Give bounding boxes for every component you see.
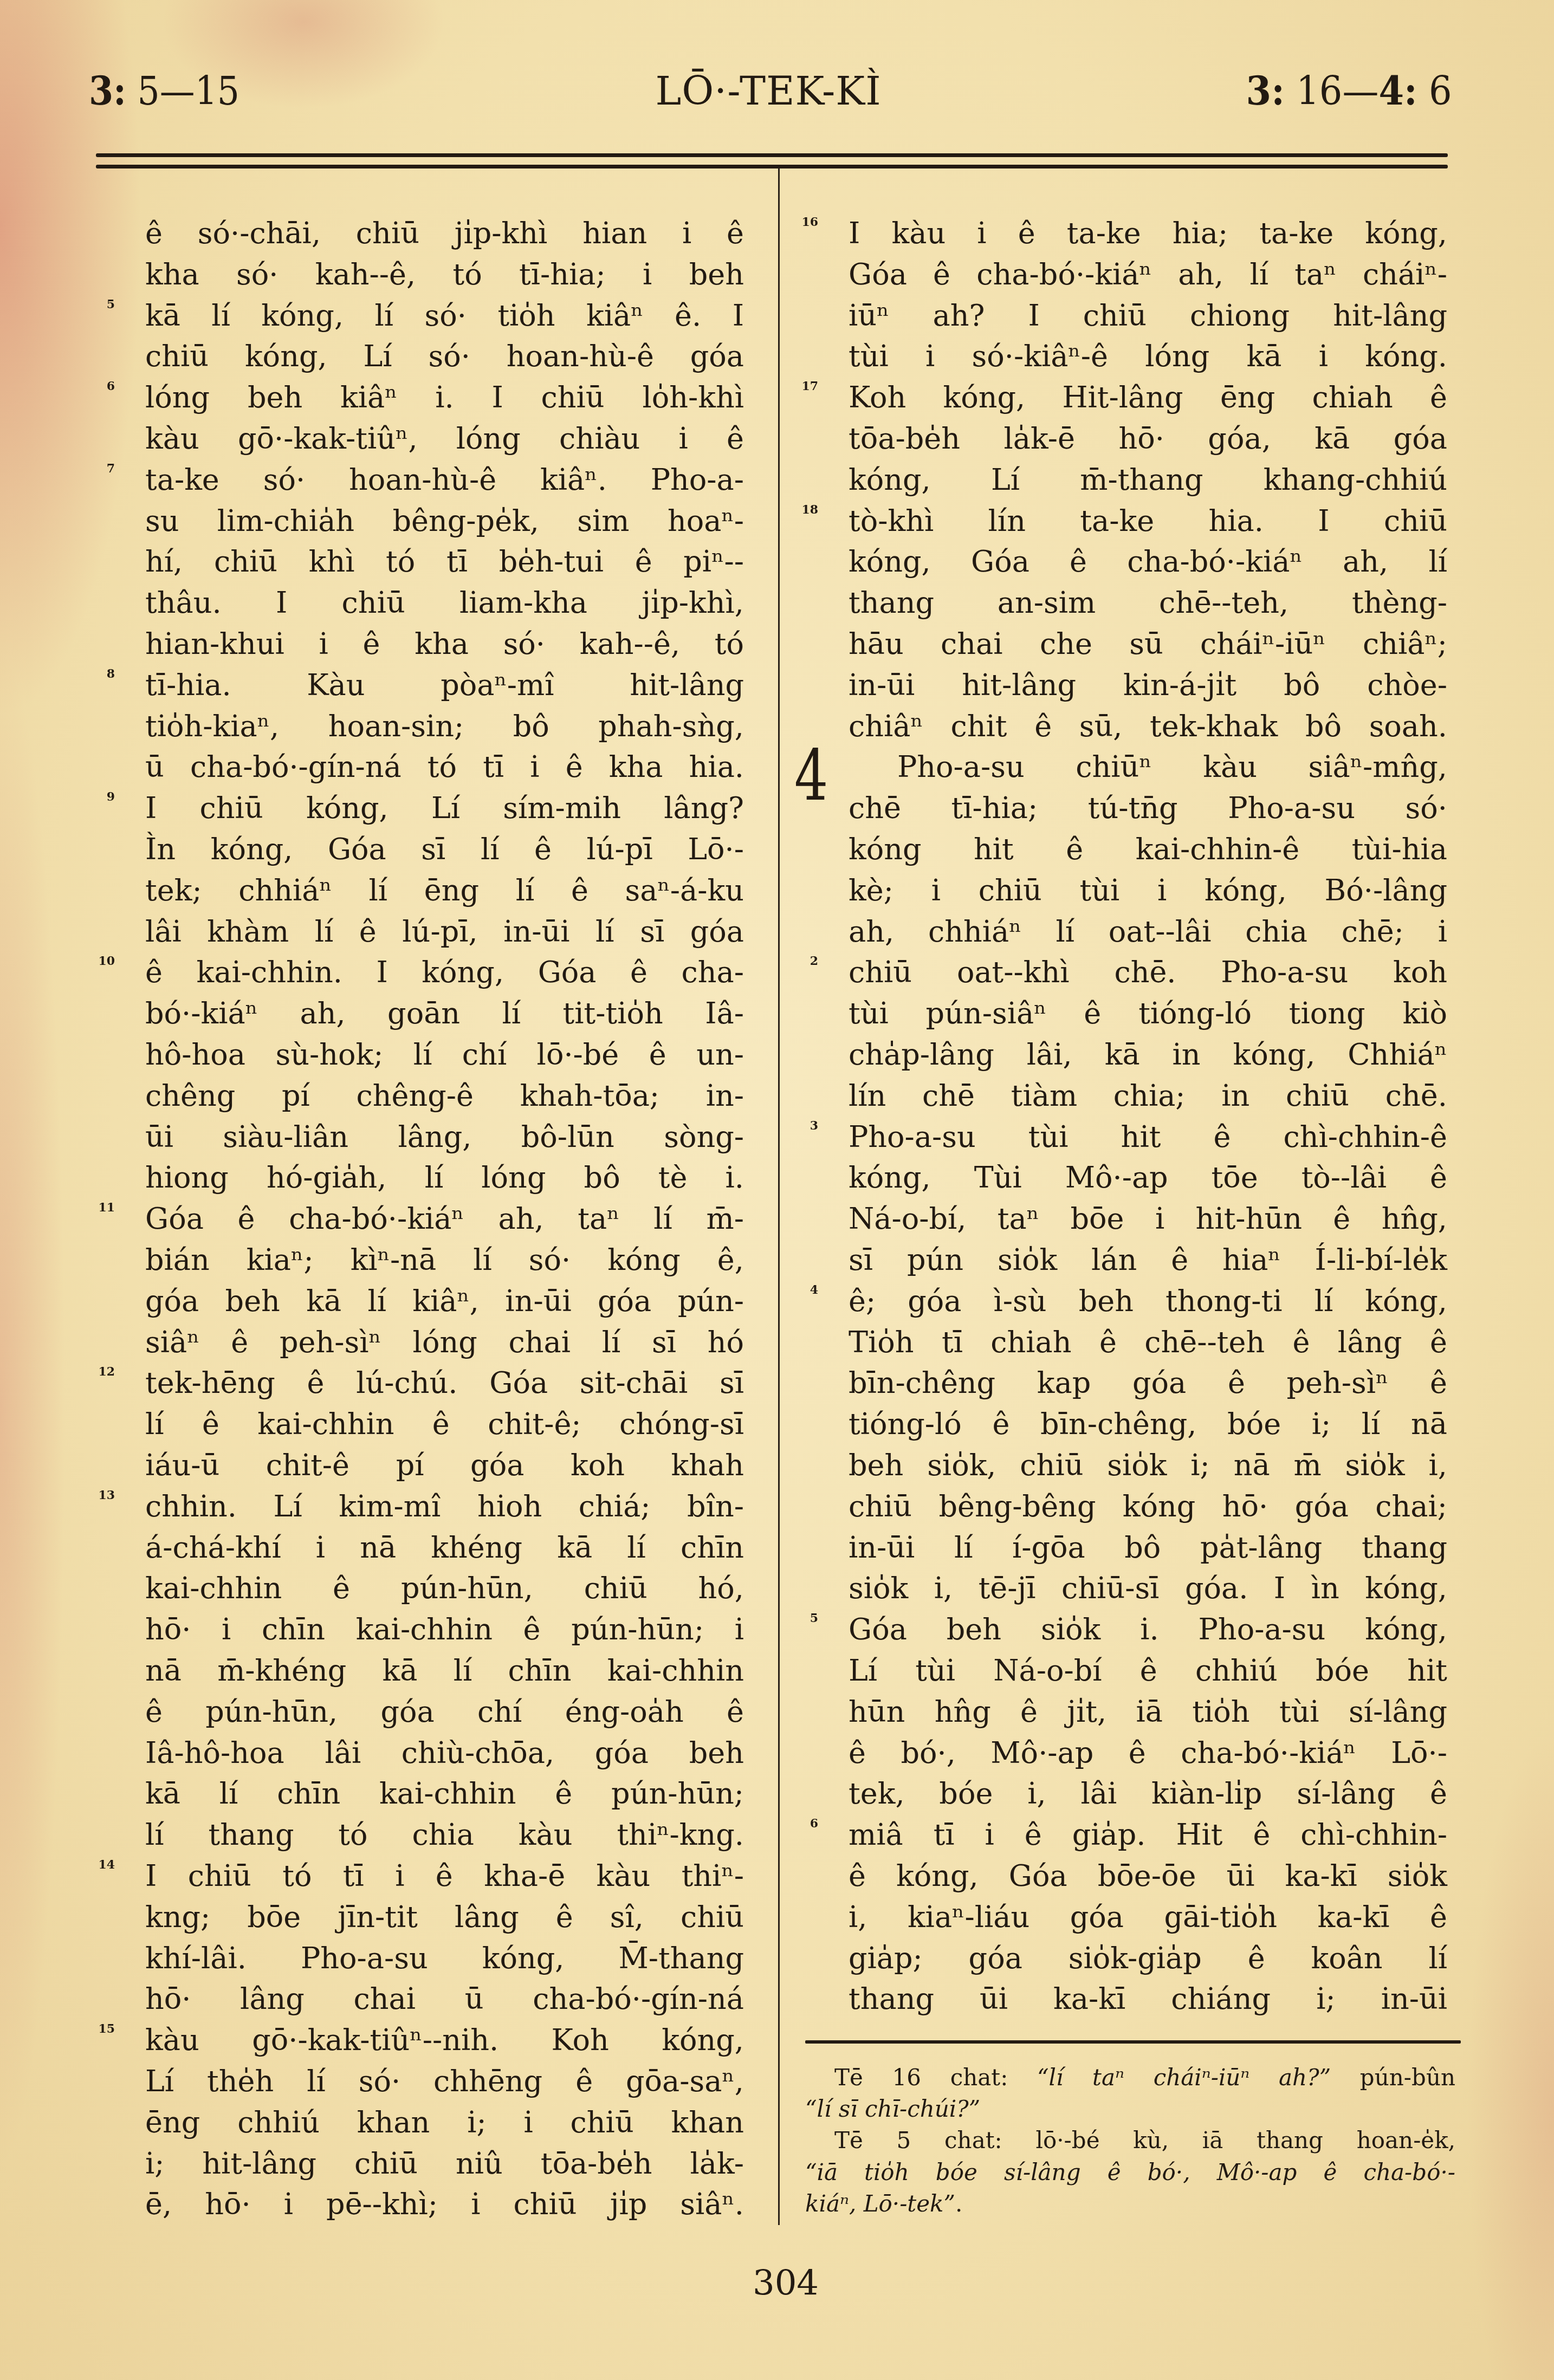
text-line: tek; chhiáⁿ lí ēng lí ê saⁿ-á-ku <box>145 870 744 911</box>
text-line: 3Pho-a-su tùi hit ê chì-chhin-ê <box>849 1117 1447 1158</box>
line-text: I chiū kóng, Lí sím-mih lâng? <box>145 788 744 829</box>
footnote-line: “iā tio̍h bóe sí-lâng ê bó·, Mô·-ap ê ch… <box>805 2157 1455 2188</box>
line-text: tek; chhiáⁿ lí ēng lí ê saⁿ-á-ku <box>145 870 744 911</box>
text-line: sio̍k i, tē-jī chiū-sī góa. I ìn kóng, <box>849 1568 1447 1609</box>
text-line: Iâ-hô-hoa lâi chiù-chōa, góa beh <box>145 1733 744 1774</box>
line-text: ê; góa ì-sù beh thong-ti lí kóng, <box>849 1281 1447 1322</box>
text-line: Tio̍h tī chiah ê chē--teh ê lâng ê <box>849 1322 1447 1363</box>
line-text: cha̍p-lâng lâi, kā in kóng, Chhiáⁿ <box>849 1034 1447 1075</box>
line-text: bó·-kiáⁿ ah, goān lí tit-tio̍h Iâ- <box>145 993 744 1034</box>
line-text: tio̍h-kiaⁿ, hoan-sin; bô phah-sǹg, <box>145 706 744 747</box>
verse-number: 9 <box>82 791 115 803</box>
line-text: chiū bêng-bêng kóng hō· góa chai; <box>849 1486 1447 1527</box>
line-text: miâ tī i ê gia̍p. Hit ê chì-chhin- <box>849 1814 1447 1856</box>
footnote-segment: “lí sī chī-chúi?” <box>805 2096 980 2122</box>
line-text: ēng chhiú khan i; i chiū khan <box>145 2102 744 2143</box>
text-line: chêng pí chêng-ê khah-tōa; in- <box>145 1075 744 1117</box>
footnote-text: “iā tio̍h bóe sí-lâng ê bó·, Mô·-ap ê ch… <box>805 2157 1455 2188</box>
line-text: góa beh kā lí kiâⁿ, in-ūi góa pún- <box>145 1281 744 1322</box>
text-line: hí, chiū khì tó tī be̍h-tui ê piⁿ-- <box>145 541 744 582</box>
line-text: hō· i chīn kai-chhin ê pún-hūn; i <box>145 1609 744 1650</box>
header-double-rule-bottom <box>96 165 1448 168</box>
text-line: tio̍h-kiaⁿ, hoan-sin; bô phah-sǹg, <box>145 706 744 747</box>
footnote-rule <box>805 2040 1461 2044</box>
line-text: ê kai-chhin. I kóng, Góa ê cha- <box>145 952 744 993</box>
verse-number: 12 <box>82 1366 115 1378</box>
line-text: tek, bóe i, lâi kiàn-li̍p sí-lâng ê <box>849 1773 1447 1814</box>
text-line: 10ê kai-chhin. I kóng, Góa ê cha- <box>145 952 744 993</box>
line-text: I kàu i ê ta-ke hia; ta-ke kóng, <box>849 213 1447 254</box>
header-chapter-start: 3: <box>1246 68 1285 114</box>
line-text: hô-hoa sù-hok; lí chí lō·-bé ê un- <box>145 1034 744 1075</box>
text-line: Lí tùi Ná-o-bí ê chhiú bóe hit <box>849 1650 1447 1691</box>
text-line: kè; i chiū tùi i kóng, Bó·-lâng <box>849 870 1447 911</box>
text-line: lí thang tó chia kàu thiⁿ-kng. <box>145 1814 744 1856</box>
line-text: ūi siàu-liân lâng, bô-lūn sòng- <box>145 1117 744 1158</box>
text-line: i; hit-lâng chiū niû tōa-be̍h la̍k- <box>145 2143 744 2184</box>
text-line: ê só·-chāi, chiū ji̍p-khì hian i ê <box>145 213 744 254</box>
text-line: ūi siàu-liân lâng, bô-lūn sòng- <box>145 1117 744 1158</box>
line-text: sio̍k i, tē-jī chiū-sī góa. I ìn kóng, <box>849 1568 1447 1609</box>
line-text: kā lí chīn kai-chhin ê pún-hūn; <box>145 1773 744 1814</box>
line-text: nā m̄-khéng kā lí chīn kai-chhin <box>145 1650 744 1691</box>
line-text: Góa beh sio̍k i. Pho-a-su kóng, <box>849 1609 1447 1650</box>
line-text: ê bó·, Mô·-ap ê cha-bó·-kiáⁿ Lō·- <box>849 1733 1447 1774</box>
verse-number: 5 <box>82 299 115 310</box>
line-text: i; hit-lâng chiū niû tōa-be̍h la̍k- <box>145 2143 744 2184</box>
text-line: 14I chiū tó tī i ê kha-ē kàu thiⁿ- <box>145 1856 744 1897</box>
header-reference-right: 3: 16—4: 6 <box>1246 72 1452 111</box>
verse-number: 8 <box>82 668 115 680</box>
line-text: tùi pún-siâⁿ ê tióng-ló tiong kiò <box>849 993 1447 1034</box>
line-text: ta-ke só· hoan-hù-ê kiâⁿ. Pho-a- <box>145 459 744 501</box>
text-line: siâⁿ ê peh-sìⁿ lóng chai lí sī hó <box>145 1322 744 1363</box>
line-text: iūⁿ ah? I chiū chiong hit-lâng <box>849 295 1447 336</box>
footnote-line: kiáⁿ, Lō·-tek”. <box>805 2188 1455 2220</box>
line-text: beh sio̍k, chiū sio̍k i; nā m̄ sio̍k i, <box>849 1445 1447 1486</box>
line-text: in-ūi hit-lâng kin-á-ji̍t bô chòe- <box>849 665 1447 706</box>
line-text: lâi khàm lí ê lú-pī, in-ūi lí sī góa <box>145 911 744 952</box>
line-text: kè; i chiū tùi i kóng, Bó·-lâng <box>849 870 1447 911</box>
text-line: tùi i só·-kiâⁿ-ê lóng kā i kóng. <box>849 336 1447 377</box>
text-line: 5kā lí kóng, lí só· tio̍h kiâⁿ ê. I <box>145 295 744 336</box>
chapter-number: 4 <box>794 741 828 811</box>
line-text: chiū kóng, Lí só· hoan-hù-ê góa <box>145 336 744 377</box>
line-text: Lí tùi Ná-o-bí ê chhiú bóe hit <box>849 1650 1447 1691</box>
line-text: I chiū tó tī i ê kha-ē kàu thiⁿ- <box>145 1856 744 1897</box>
text-line: chē tī-hia; tú-tn̄g Pho-a-su só· <box>849 788 1447 829</box>
text-line: nā m̄-khéng kā lí chīn kai-chhin <box>145 1650 744 1691</box>
text-line: kàu gō·-kak-tiûⁿ, lóng chiàu i ê <box>145 418 744 459</box>
line-text: ah, chhiáⁿ lí oat--lâi chia chē; i <box>849 911 1447 952</box>
text-line: kóng, Góa ê cha-bó·-kiáⁿ ah, lí <box>849 541 1447 582</box>
page-number: 304 <box>704 2266 867 2301</box>
text-line: kā lí chīn kai-chhin ê pún-hūn; <box>145 1773 744 1814</box>
text-line: in-ūi hit-lâng kin-á-ji̍t bô chòe- <box>849 665 1447 706</box>
text-line: kóng, Lí m̄-thang khang-chhiú <box>849 459 1447 501</box>
text-line: 6miâ tī i ê gia̍p. Hit ê chì-chhin- <box>849 1814 1447 1856</box>
line-text: bīn-chêng kap góa ê peh-sìⁿ ê <box>849 1363 1447 1404</box>
line-text: Iâ-hô-hoa lâi chiù-chōa, góa beh <box>145 1733 744 1774</box>
line-text: i, kiaⁿ-liáu góa gāi-tio̍h ka-kī ê <box>849 1897 1447 1938</box>
line-text: hí, chiū khì tó tī be̍h-tui ê piⁿ-- <box>145 541 744 582</box>
text-line: Lí the̍h lí só· chhēng ê gōa-saⁿ, <box>145 2061 744 2102</box>
text-line: su lim-chia̍h bêng-pe̍k, sim hoaⁿ- <box>145 501 744 542</box>
text-line: lí ê kai-chhin ê chit-ê; chóng-sī <box>145 1404 744 1445</box>
text-line: 7ta-ke só· hoan-hù-ê kiâⁿ. Pho-a- <box>145 459 744 501</box>
verse-number: 6 <box>82 380 115 392</box>
text-line: chiâⁿ chit ê sū, tek-khak bô soah. <box>849 706 1447 747</box>
line-text: khí-lâi. Pho-a-su kóng, M̄-thang <box>145 1938 744 1979</box>
line-text: ē, hō· i pē--khì; i chiū ji̍p siâⁿ. <box>145 2184 744 2225</box>
verse-number: 10 <box>82 955 115 967</box>
text-line: Góa ê cha-bó·-kiáⁿ ah, lí taⁿ cháiⁿ- <box>849 254 1447 295</box>
line-text: á-chá-khí i nā khéng kā lí chīn <box>145 1527 744 1568</box>
text-line: hian-khui i ê kha só· kah--ê, tó <box>145 624 744 665</box>
verse-number: 14 <box>82 1859 115 1871</box>
footnote-text: Tē 16 chat: “lí taⁿ cháiⁿ-iūⁿ ah?” pún-b… <box>805 2062 1455 2093</box>
verse-number: 18 <box>786 504 818 516</box>
line-text: kha só· kah--ê, tó tī-hia; i beh <box>145 254 744 295</box>
text-line: kng; bōe jīn-tit lâng ê sî, chiū <box>145 1897 744 1938</box>
footnote-text: “lí sī chī-chúi?” <box>805 2093 1455 2125</box>
text-line: ah, chhiáⁿ lí oat--lâi chia chē; i <box>849 911 1447 952</box>
text-line: 17Koh kóng, Hit-lâng ēng chiah ê <box>849 377 1447 418</box>
line-text: Ìn kóng, Góa sī lí ê lú-pī Lō·- <box>145 829 744 870</box>
line-text: thâu. I chiū liam-kha ji̍p-khì, <box>145 582 744 624</box>
header-verse-start: 16— <box>1285 68 1378 114</box>
text-line: 4ê; góa ì-sù beh thong-ti lí kóng, <box>849 1281 1447 1322</box>
text-line: 5Góa beh sio̍k i. Pho-a-su kóng, <box>849 1609 1447 1650</box>
line-text: Góa ê cha-bó·-kiáⁿ ah, lí taⁿ cháiⁿ- <box>849 254 1447 295</box>
line-text: hūn hn̂g ê ji̍t, iā tio̍h tùi sí-lâng <box>849 1691 1447 1733</box>
text-line: Pho-a-su chiūⁿ kàu siâⁿ-mn̂g, <box>849 747 1447 788</box>
text-line: in-ūi lí í-gōa bô pa̍t-lâng thang <box>849 1527 1447 1568</box>
text-line: hūn hn̂g ê ji̍t, iā tio̍h tùi sí-lâng <box>849 1691 1447 1733</box>
line-text: siâⁿ ê peh-sìⁿ lóng chai lí sī hó <box>145 1322 744 1363</box>
header-chapter: 3: <box>89 68 126 114</box>
line-text: tióng-ló ê bīn-chêng, bóe i; lí nā <box>849 1404 1447 1445</box>
text-line: kóng hit ê kai-chhin-ê tùi-hia <box>849 829 1447 870</box>
text-line: 11Góa ê cha-bó·-kiáⁿ ah, taⁿ lí m̄- <box>145 1198 744 1240</box>
text-line: hiong hó-gia̍h, lí lóng bô tè i. <box>145 1157 744 1198</box>
footnote-segment: . <box>955 2190 962 2217</box>
text-line: chiū kóng, Lí só· hoan-hù-ê góa <box>145 336 744 377</box>
text-line: ê pún-hūn, góa chí éng-oa̍h ê <box>145 1691 744 1733</box>
line-text: lóng beh kiâⁿ i. I chiū lo̍h-khì <box>145 377 744 418</box>
line-text: hiong hó-gia̍h, lí lóng bô tè i. <box>145 1157 744 1198</box>
verse-number: 2 <box>786 955 818 967</box>
footnote-line: “lí sī chī-chúi?” <box>805 2093 1455 2125</box>
book-title: LŌ·-TEK-KÌ <box>606 72 931 111</box>
line-text: hāu chai che sū cháiⁿ-iūⁿ chiâⁿ; <box>849 624 1447 665</box>
line-text: Góa ê cha-bó·-kiáⁿ ah, taⁿ lí m̄- <box>145 1198 744 1240</box>
verse-number: 7 <box>82 463 115 475</box>
text-line: hō· i chīn kai-chhin ê pún-hūn; i <box>145 1609 744 1650</box>
footnote-segment: “lí taⁿ cháiⁿ-iūⁿ ah?” <box>1037 2064 1331 2091</box>
text-line: gia̍p; góa sio̍k-gia̍p ê koân lí <box>849 1938 1447 1979</box>
verse-number: 15 <box>82 2023 115 2035</box>
header-reference-left: 3: 5—15 <box>89 72 239 111</box>
text-line: kai-chhin ê pún-hūn, chiū hó, <box>145 1568 744 1609</box>
text-line: tōa-be̍h la̍k-ē hō· góa, kā góa <box>849 418 1447 459</box>
line-text: ê só·-chāi, chiū ji̍p-khì hian i ê <box>145 213 744 254</box>
text-line: 13chhin. Lí kim-mî hioh chiá; bîn- <box>145 1486 744 1527</box>
text-line: 9I chiū kóng, Lí sím-mih lâng? <box>145 788 744 829</box>
text-line: á-chá-khí i nā khéng kā lí chīn <box>145 1527 744 1568</box>
text-line: 18tò-khì lín ta-ke hia. I chiū <box>849 501 1447 542</box>
line-text: Lí the̍h lí só· chhēng ê gōa-saⁿ, <box>145 2061 744 2102</box>
text-line: iūⁿ ah? I chiū chiong hit-lâng <box>849 295 1447 336</box>
verse-number: 6 <box>786 1818 818 1830</box>
line-text: kai-chhin ê pún-hūn, chiū hó, <box>145 1568 744 1609</box>
line-text: sī pún sio̍k lán ê hiaⁿ Í-li-bí-le̍k <box>849 1240 1447 1281</box>
line-text: Pho-a-su chiūⁿ kàu siâⁿ-mn̂g, <box>849 747 1447 788</box>
line-text: lí thang tó chia kàu thiⁿ-kng. <box>145 1814 744 1856</box>
text-line: ē, hō· i pē--khì; i chiū ji̍p siâⁿ. <box>145 2184 744 2225</box>
footnote-text: Tē 5 chat: lō·-bé kù, iā thang hoan-e̍k, <box>805 2125 1455 2156</box>
text-line: bīn-chêng kap góa ê peh-sìⁿ ê <box>849 1363 1447 1404</box>
line-text: Koh kóng, Hit-lâng ēng chiah ê <box>849 377 1447 418</box>
text-line: 2chiū oat--khì chē. Pho-a-su koh <box>849 952 1447 993</box>
verse-number: 11 <box>82 1202 115 1214</box>
footnote-segment: kiáⁿ, Lō·-tek” <box>805 2190 955 2217</box>
verse-number: 5 <box>786 1612 818 1624</box>
text-line: Ná-o-bí, taⁿ bōe i hit-hūn ê hn̂g, <box>849 1198 1447 1240</box>
line-text: Ná-o-bí, taⁿ bōe i hit-hūn ê hn̂g, <box>849 1198 1447 1240</box>
text-line: tek, bóe i, lâi kiàn-li̍p sí-lâng ê <box>849 1773 1447 1814</box>
line-text: Pho-a-su tùi hit ê chì-chhin-ê <box>849 1117 1447 1158</box>
line-text: tò-khì lín ta-ke hia. I chiū <box>849 501 1447 542</box>
footnote-segment: Tē 16 chat: <box>834 2064 1037 2091</box>
text-line: góa beh kā lí kiâⁿ, in-ūi góa pún- <box>145 1281 744 1322</box>
line-text: bián kiaⁿ; kìⁿ-nā lí só· kóng ê, <box>145 1240 744 1281</box>
text-line: 8tī-hia. Kàu pòaⁿ-mî hit-lâng <box>145 665 744 706</box>
line-text: tōa-be̍h la̍k-ē hō· góa, kā góa <box>849 418 1447 459</box>
line-text: ê pún-hūn, góa chí éng-oa̍h ê <box>145 1691 744 1733</box>
line-text: kóng hit ê kai-chhin-ê tùi-hia <box>849 829 1447 870</box>
header-verses: 5—15 <box>126 68 239 114</box>
text-line: bó·-kiáⁿ ah, goān lí tit-tio̍h Iâ- <box>145 993 744 1034</box>
line-text: in-ūi lí í-gōa bô pa̍t-lâng thang <box>849 1527 1447 1568</box>
text-line: lâi khàm lí ê lú-pī, in-ūi lí sī góa <box>145 911 744 952</box>
line-text: kóng, Góa ê cha-bó·-kiáⁿ ah, lí <box>849 541 1447 582</box>
column-divider <box>778 168 780 2225</box>
text-line: tióng-ló ê bīn-chêng, bóe i; lí nā <box>849 1404 1447 1445</box>
text-line: sī pún sio̍k lán ê hiaⁿ Í-li-bí-le̍k <box>849 1240 1447 1281</box>
footnote-segment: Tē 5 chat: lō·-bé kù, iā thang hoan-e̍k, <box>834 2127 1455 2154</box>
text-line: lín chē tiàm chia; in chiū chē. <box>849 1075 1447 1117</box>
footnote-text: kiáⁿ, Lō·-tek”. <box>805 2188 1455 2220</box>
text-line: i, kiaⁿ-liáu góa gāi-tio̍h ka-kī ê <box>849 1897 1447 1938</box>
footnote-line: Tē 5 chat: lō·-bé kù, iā thang hoan-e̍k, <box>805 2125 1455 2156</box>
line-text: kàu gō·-kak-tiûⁿ, lóng chiàu i ê <box>145 418 744 459</box>
text-line: bián kiaⁿ; kìⁿ-nā lí só· kóng ê, <box>145 1240 744 1281</box>
text-line: kha só· kah--ê, tó tī-hia; i beh <box>145 254 744 295</box>
text-line: ê bó·, Mô·-ap ê cha-bó·-kiáⁿ Lō·- <box>849 1733 1447 1774</box>
text-line: 16I kàu i ê ta-ke hia; ta-ke kóng, <box>849 213 1447 254</box>
verse-number: 4 <box>786 1284 818 1296</box>
line-text: lín chē tiàm chia; in chiū chē. <box>849 1075 1447 1117</box>
verse-number: 16 <box>786 216 818 228</box>
line-text: kóng, Tùi Mô·-ap tōe tò--lâi ê <box>849 1157 1447 1198</box>
line-text: ê kóng, Góa bōe-ōe ūi ka-kī sio̍k <box>849 1856 1447 1897</box>
text-line: Ìn kóng, Góa sī lí ê lú-pī Lō·- <box>145 829 744 870</box>
text-line: khí-lâi. Pho-a-su kóng, M̄-thang <box>145 1938 744 1979</box>
line-text: hō· lâng chai ū cha-bó·-gín-ná <box>145 1979 744 2020</box>
text-line: ū cha-bó·-gín-ná tó tī i ê kha hia. <box>145 747 744 788</box>
footnote-line: Tē 16 chat: “lí taⁿ cháiⁿ-iūⁿ ah?” pún-b… <box>805 2062 1455 2093</box>
text-line: thang an-sim chē--teh, thèng- <box>849 582 1447 624</box>
header-double-rule-top <box>96 153 1448 157</box>
line-text: ū cha-bó·-gín-ná tó tī i ê kha hia. <box>145 747 744 788</box>
line-text: Tio̍h tī chiah ê chē--teh ê lâng ê <box>849 1322 1447 1363</box>
header-verse-end: 6 <box>1417 68 1452 114</box>
line-text: chiū oat--khì chē. Pho-a-su koh <box>849 952 1447 993</box>
line-text: chhin. Lí kim-mî hioh chiá; bîn- <box>145 1486 744 1527</box>
line-text: hian-khui i ê kha só· kah--ê, tó <box>145 624 744 665</box>
line-text: kng; bōe jīn-tit lâng ê sî, chiū <box>145 1897 744 1938</box>
text-line: 6lóng beh kiâⁿ i. I chiū lo̍h-khì <box>145 377 744 418</box>
line-text: thang ūi ka-kī chiáng i; in-ūi <box>849 1979 1447 2020</box>
text-line: ēng chhiú khan i; i chiū khan <box>145 2102 744 2143</box>
line-text: tī-hia. Kàu pòaⁿ-mî hit-lâng <box>145 665 744 706</box>
header-chapter-end: 4: <box>1379 68 1417 114</box>
line-text: iáu-ū chit-ê pí góa koh khah <box>145 1445 744 1486</box>
text-line: hô-hoa sù-hok; lí chí lō·-bé ê un- <box>145 1034 744 1075</box>
text-line: thâu. I chiū liam-kha ji̍p-khì, <box>145 582 744 624</box>
footnote-segment: pún-bûn <box>1331 2064 1455 2091</box>
text-line: tùi pún-siâⁿ ê tióng-ló tiong kiò <box>849 993 1447 1034</box>
line-text: gia̍p; góa sio̍k-gia̍p ê koân lí <box>849 1938 1447 1979</box>
text-line: beh sio̍k, chiū sio̍k i; nā m̄ sio̍k i, <box>849 1445 1447 1486</box>
text-line: hāu chai che sū cháiⁿ-iūⁿ chiâⁿ; <box>849 624 1447 665</box>
text-line: 15kàu gō·-kak-tiûⁿ--nih. Koh kóng, <box>145 2020 744 2061</box>
text-line: hō· lâng chai ū cha-bó·-gín-ná <box>145 1979 744 2020</box>
line-text: kóng, Lí m̄-thang khang-chhiú <box>849 459 1447 501</box>
line-text: tùi i só·-kiâⁿ-ê lóng kā i kóng. <box>849 336 1447 377</box>
text-line: 12tek-hēng ê lú-chú. Góa sit-chāi sī <box>145 1363 744 1404</box>
line-text: su lim-chia̍h bêng-pe̍k, sim hoaⁿ- <box>145 501 744 542</box>
line-text: chē tī-hia; tú-tn̄g Pho-a-su só· <box>849 788 1447 829</box>
verse-number: 3 <box>786 1120 818 1132</box>
line-text: tek-hēng ê lú-chú. Góa sit-chāi sī <box>145 1363 744 1404</box>
line-text: kàu gō·-kak-tiûⁿ--nih. Koh kóng, <box>145 2020 744 2061</box>
text-line: chiū bêng-bêng kóng hō· góa chai; <box>849 1486 1447 1527</box>
line-text: kā lí kóng, lí só· tio̍h kiâⁿ ê. I <box>145 295 744 336</box>
verse-number: 17 <box>786 380 818 392</box>
text-line: thang ūi ka-kī chiáng i; in-ūi <box>849 1979 1447 2020</box>
footnote-segment: “iā tio̍h bóe sí-lâng ê bó·, Mô·-ap ê ch… <box>805 2159 1455 2186</box>
line-text: thang an-sim chē--teh, thèng- <box>849 582 1447 624</box>
text-line: iáu-ū chit-ê pí góa koh khah <box>145 1445 744 1486</box>
text-line: kóng, Tùi Mô·-ap tōe tò--lâi ê <box>849 1157 1447 1198</box>
verse-number: 13 <box>82 1489 115 1501</box>
line-text: lí ê kai-chhin ê chit-ê; chóng-sī <box>145 1404 744 1445</box>
line-text: chêng pí chêng-ê khah-tōa; in- <box>145 1075 744 1117</box>
line-text: chiâⁿ chit ê sū, tek-khak bô soah. <box>849 706 1447 747</box>
text-line: ê kóng, Góa bōe-ōe ūi ka-kī sio̍k <box>849 1856 1447 1897</box>
text-line: cha̍p-lâng lâi, kā in kóng, Chhiáⁿ <box>849 1034 1447 1075</box>
